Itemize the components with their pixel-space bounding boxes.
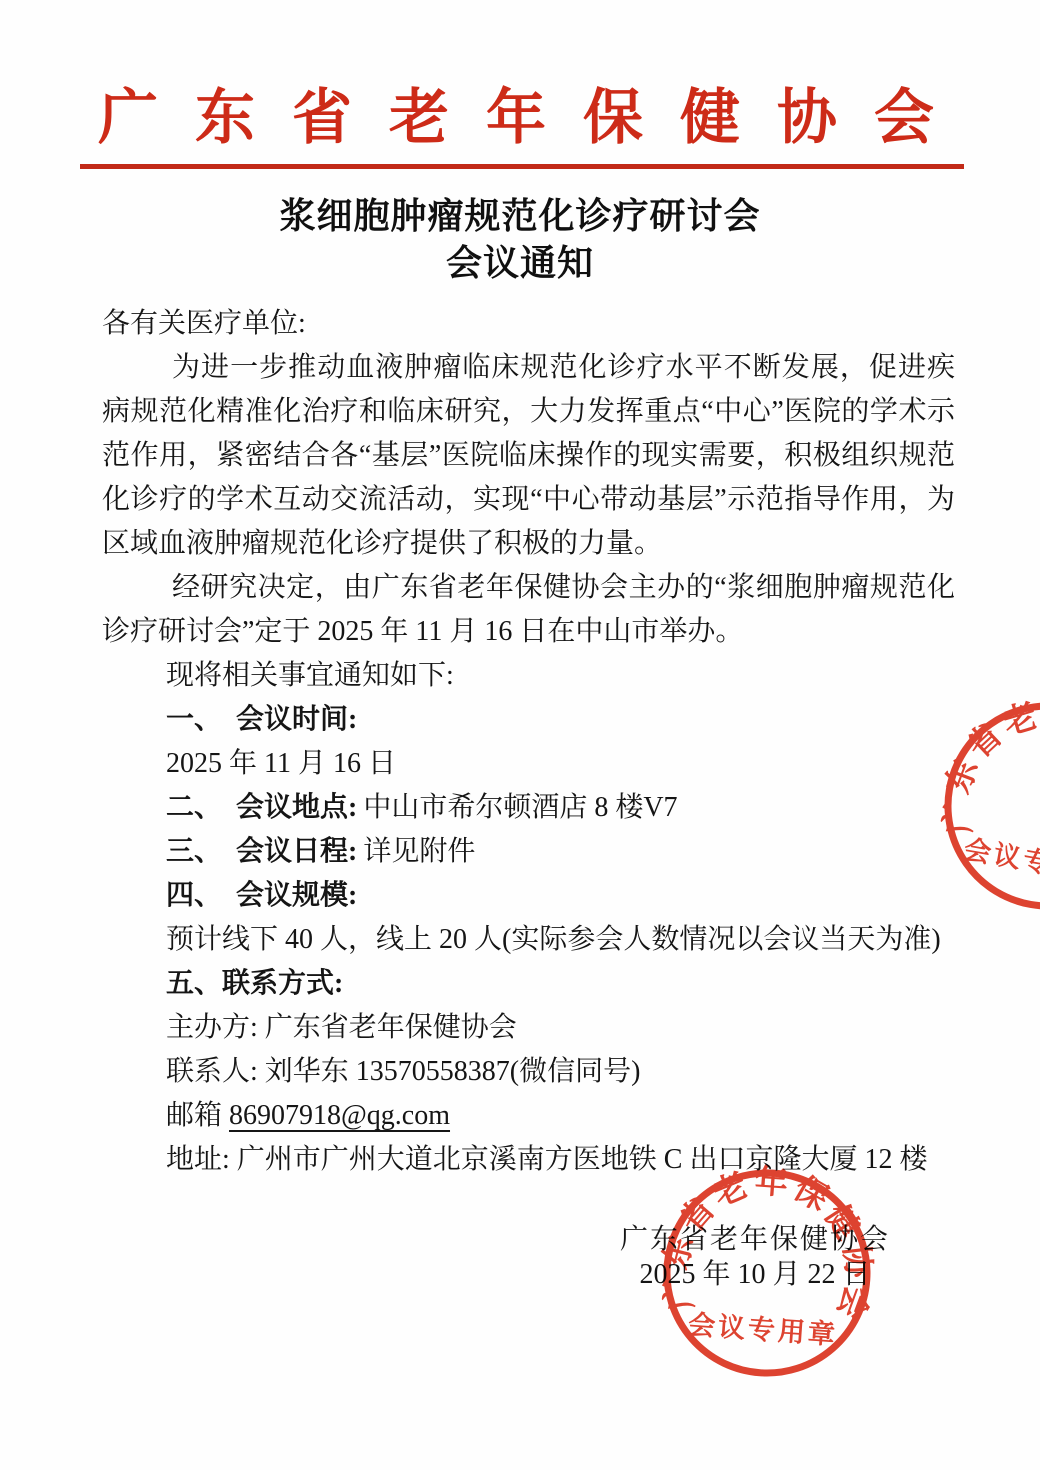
doc-title-line1: 浆细胞肿瘤规范化诊疗研讨会: [0, 193, 1040, 240]
contact-person: 联系人: 刘华东 13570558387(微信同号): [102, 1050, 955, 1094]
doc-title-line2: 会议通知: [0, 240, 1040, 287]
document-body: 各有关医疗单位: 为进一步推动血液肿瘤临床规范化诊疗水平不断发展，促进疾病规范化…: [102, 302, 955, 1182]
salutation: 各有关医疗单位:: [102, 302, 955, 346]
contact-host: 主办方: 广东省老年保健协会: [102, 1006, 955, 1050]
signature-block: 广东省老年保健协会 2025 年 10 月 22 日: [595, 1222, 915, 1292]
section-2-venue: 二、 会议地点:中山市希尔顿酒店 8 楼V7: [102, 786, 955, 830]
document-page: 广东省老年保健协会 浆细胞肿瘤规范化诊疗研讨会 会议通知 各有关医疗单位: 为进…: [0, 0, 1040, 1470]
paragraph-1: 为进一步推动血液肿瘤临床规范化诊疗水平不断发展，促进疾病规范化精准化治疗和临床研…: [102, 346, 955, 566]
contact-address: 地址: 广州市广州大道北京溪南方医地铁 C 出口京隆大厦 12 楼: [102, 1138, 955, 1182]
paragraph-2: 经研究决定，由广东省老年保健协会主办的“浆细胞肿瘤规范化诊疗研讨会”定于 202…: [102, 566, 955, 654]
section-label: 五、联系方式:: [166, 968, 343, 999]
section-1-time-value: 2025 年 11 月 16 日: [102, 742, 955, 786]
section-label: 三、 会议日程:: [166, 836, 357, 867]
section-label: 四、 会议规模:: [166, 880, 357, 911]
contact-email-line: 邮箱 86907918@qg.com: [102, 1094, 955, 1138]
section-1-time-heading: 一、 会议时间:: [102, 698, 955, 742]
section-label: 二、 会议地点:: [166, 792, 357, 823]
seal-caption: 会议专用章: [687, 1309, 839, 1350]
lead-in: 现将相关事宜通知如下:: [102, 654, 955, 698]
section-4-scale-heading: 四、 会议规模:: [102, 874, 955, 918]
section-value: 详见附件: [363, 836, 475, 867]
doc-title: 浆细胞肿瘤规范化诊疗研讨会 会议通知: [0, 193, 1040, 287]
signature-org: 广东省老年保健协会: [595, 1222, 915, 1257]
seal-caption: 会议专用章: [962, 833, 1040, 890]
section-label: 一、 会议时间:: [166, 704, 357, 735]
letterhead-divider: [80, 164, 964, 169]
email-label: 邮箱: [166, 1100, 229, 1131]
section-3-agenda: 三、 会议日程:详见附件: [102, 830, 955, 874]
email-address: 86907918@qg.com: [229, 1100, 450, 1131]
section-4-scale-value: 预计线下 40 人，线上 20 人(实际参会人数情况以会议当天为准): [102, 918, 955, 962]
section-value: 中山市希尔顿酒店 8 楼V7: [363, 792, 677, 823]
section-5-contact-heading: 五、联系方式:: [102, 962, 955, 1006]
org-letterhead: 广东省老年保健协会: [98, 88, 1040, 148]
signature-date: 2025 年 10 月 22 日: [595, 1257, 915, 1292]
